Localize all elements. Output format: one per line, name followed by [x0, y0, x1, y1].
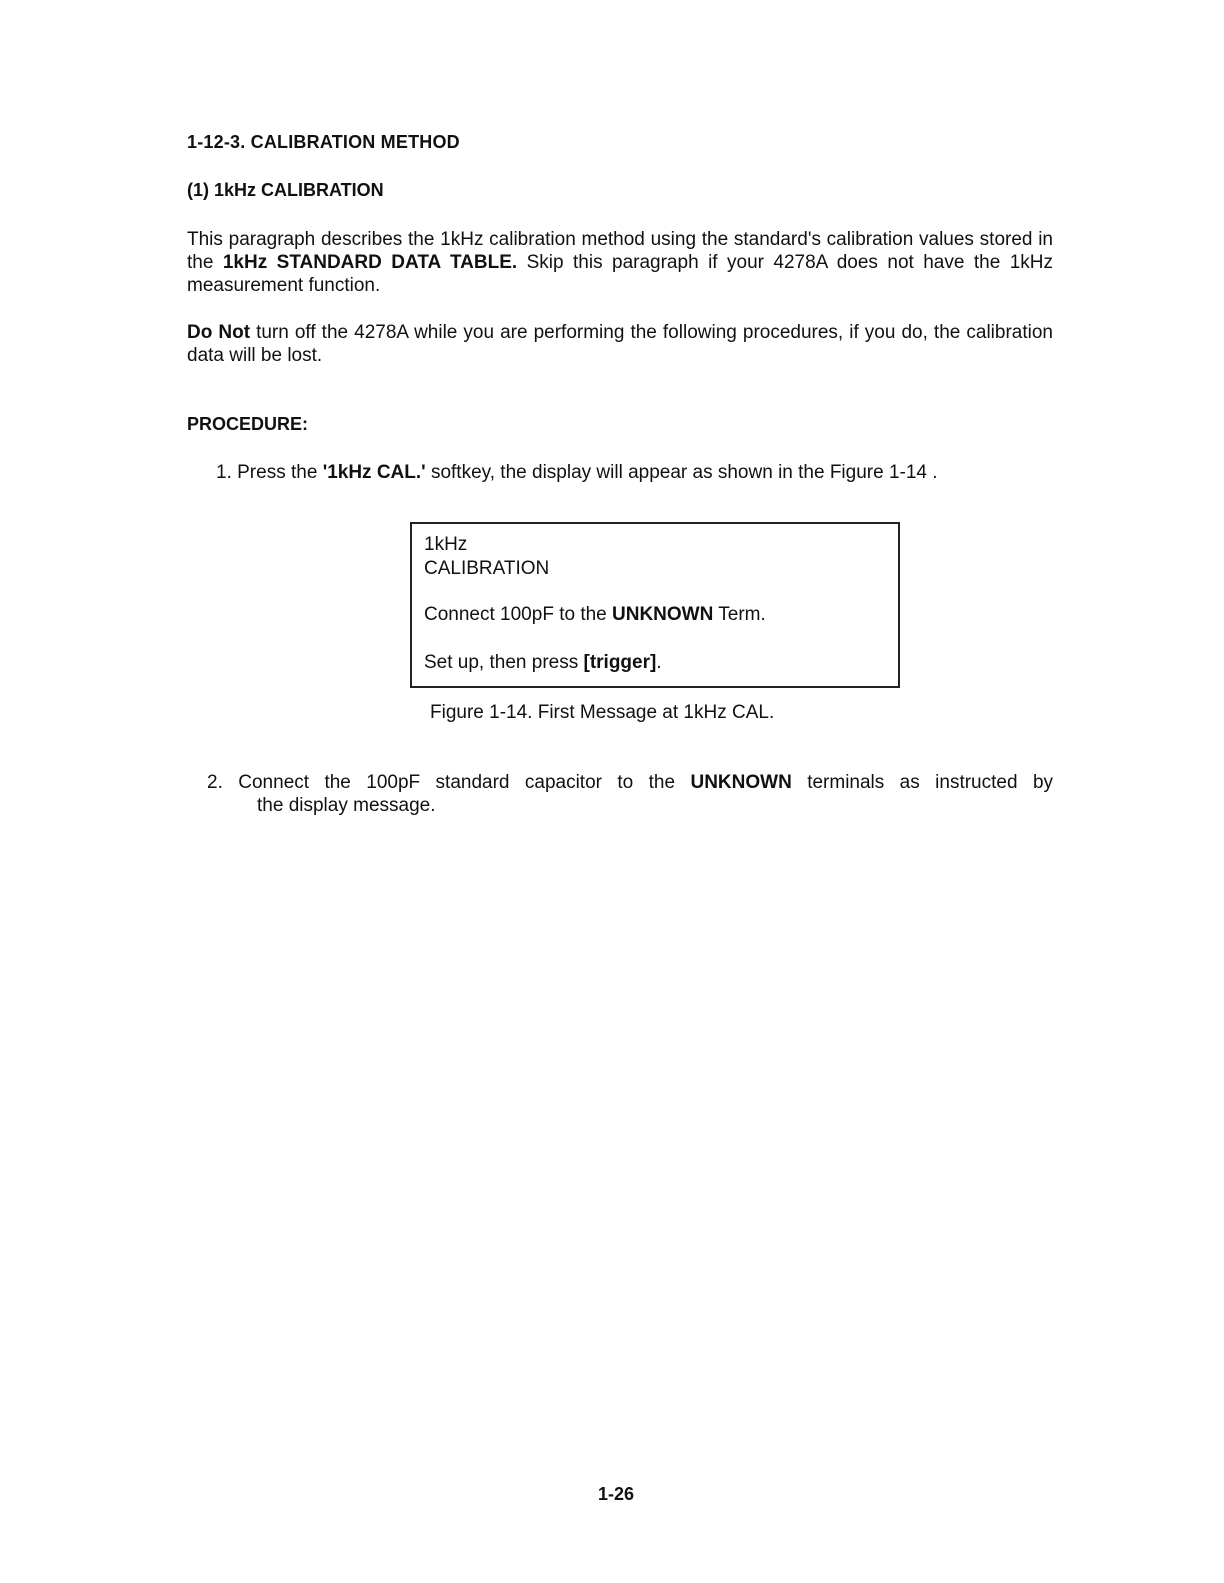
procedure-step-2: 2. Connect the 100pF standard capacitor … [207, 771, 1053, 817]
page-number: 1-26 [598, 1484, 634, 1505]
display-text: Term. [713, 604, 765, 625]
display-line-trigger: Set up, then press [trigger]. [424, 652, 662, 674]
step-text-b: softkey, the display will appear as show… [426, 462, 938, 483]
do-not-label: Do Not [187, 322, 250, 343]
figure-caption: Figure 1-14. First Message at 1kHz CAL. [430, 702, 774, 724]
step-2-line-1: 2. Connect the 100pF standard capacitor … [207, 771, 1053, 794]
warning-paragraph: Do Not turn off the 4278A while you are … [187, 321, 1053, 367]
procedure-step-1: 1. Press the '1kHz CAL.' softkey, the di… [216, 462, 938, 484]
step-text-a: Press the [232, 462, 323, 483]
display-text: Set up, then press [424, 652, 584, 673]
display-line-frequency: 1kHz [424, 534, 467, 556]
display-line-connect: Connect 100pF to the UNKNOWN Term. [424, 604, 766, 626]
step-number: 1. [216, 462, 232, 483]
step-number: 2. [207, 772, 223, 793]
display-message-figure: 1kHz CALIBRATION Connect 100pF to the UN… [410, 522, 900, 688]
standard-data-table-label: 1kHz STANDARD DATA TABLE. [223, 252, 517, 273]
display-text: Connect 100pF to the [424, 604, 612, 625]
softkey-label: '1kHz CAL.' [323, 462, 426, 483]
subsection-heading: (1) 1kHz CALIBRATION [187, 180, 384, 201]
procedure-heading: PROCEDURE: [187, 414, 308, 435]
step-2-line-2: the display message. [207, 794, 1053, 817]
unknown-terminal-label: UNKNOWN [690, 772, 791, 793]
intro-paragraph: This paragraph describes the 1kHz calibr… [187, 228, 1053, 297]
step-text-a: Connect the 100pF standard capacitor to … [223, 772, 691, 793]
section-heading: 1-12-3. CALIBRATION METHOD [187, 132, 460, 153]
step-text-b: terminals as instructed by [792, 772, 1053, 793]
trigger-key-label: [trigger] [584, 652, 657, 673]
display-line-mode: CALIBRATION [424, 558, 549, 580]
warning-text: turn off the 4278A while you are perform… [187, 322, 1053, 366]
unknown-terminal-label: UNKNOWN [612, 604, 713, 625]
display-text: . [656, 652, 661, 673]
